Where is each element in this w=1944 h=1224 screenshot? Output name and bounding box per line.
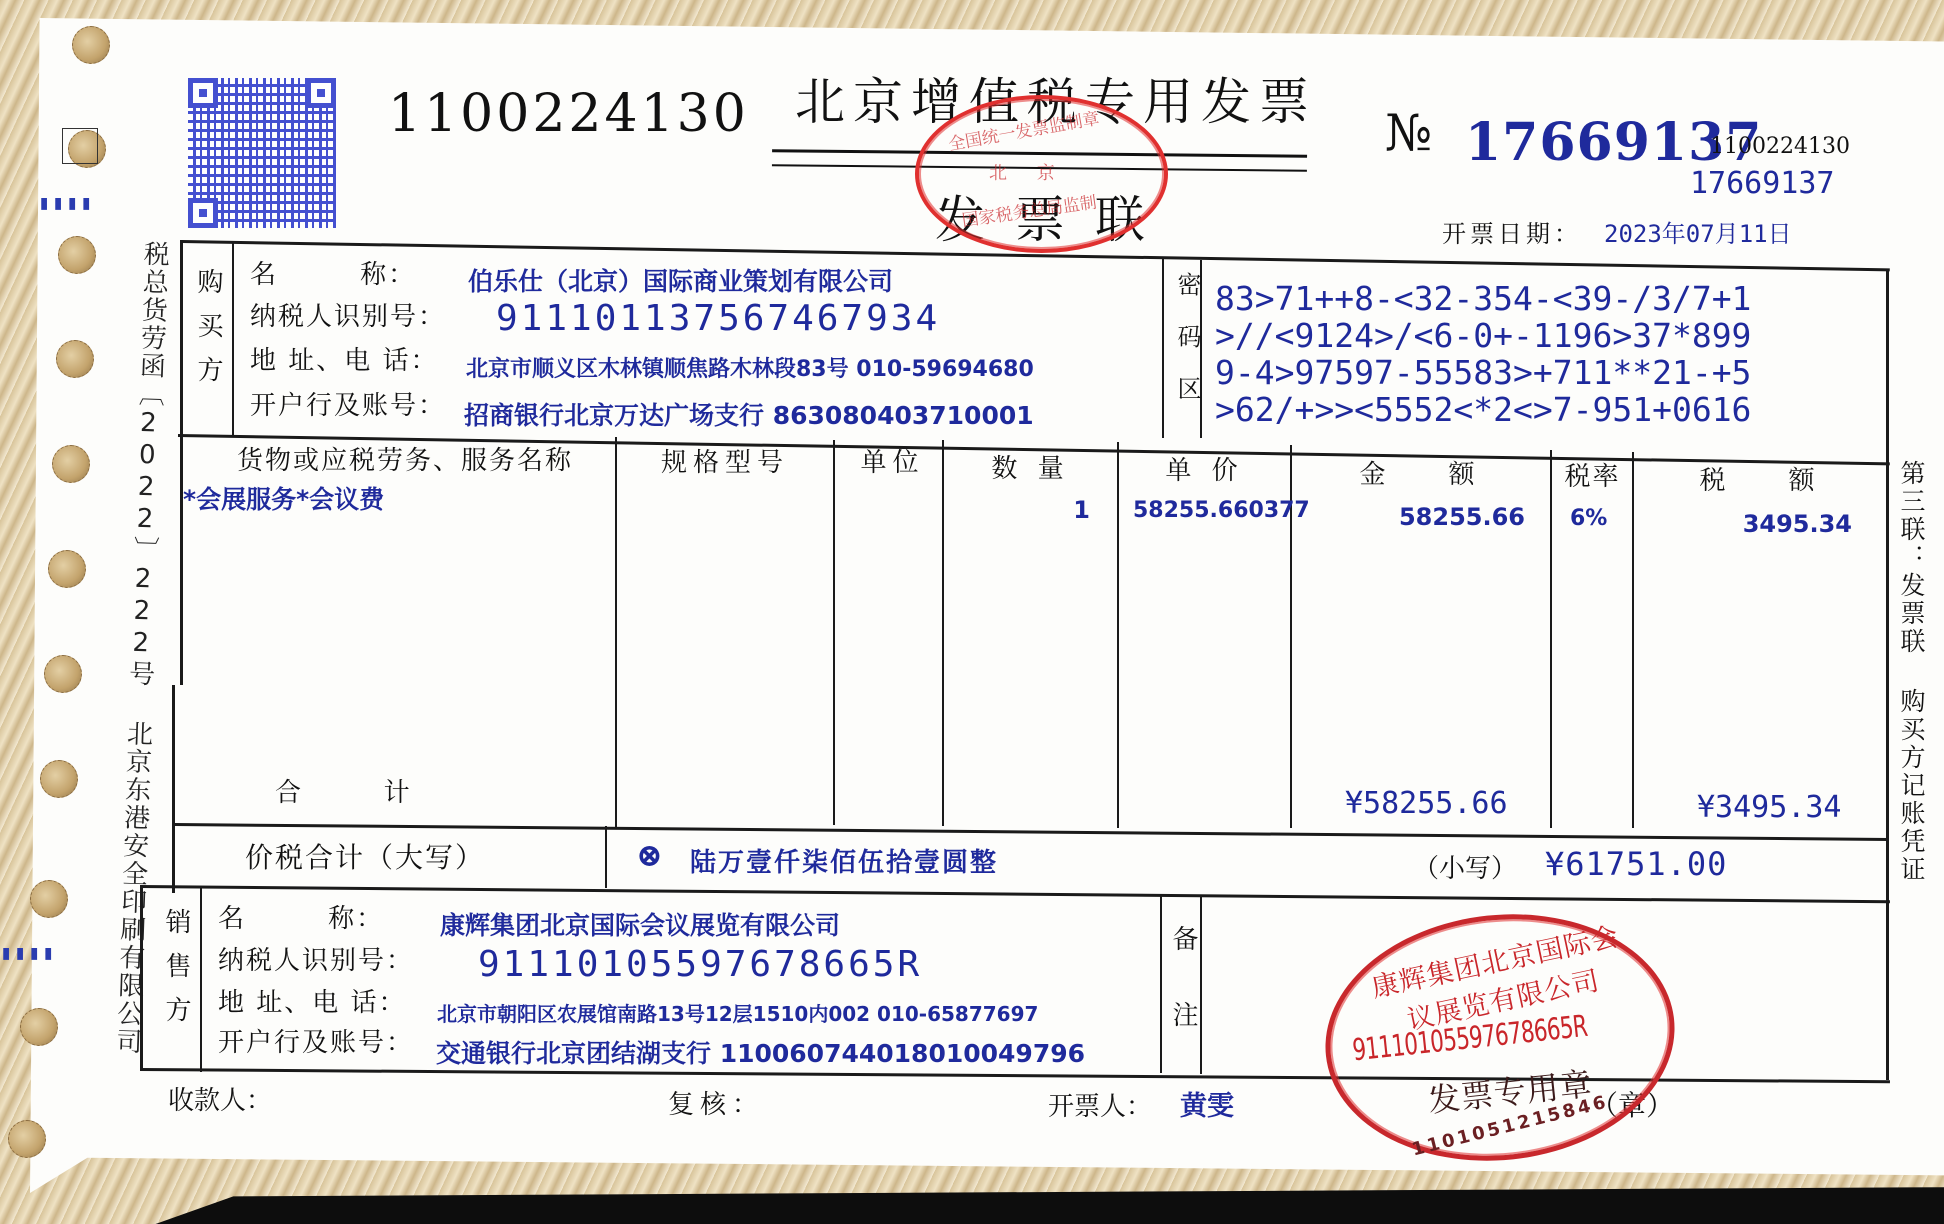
buyer-address-phone: 北京市顺义区木林镇顺焦路木林段83号 010-59694680	[466, 352, 1034, 383]
column-divider	[942, 440, 944, 826]
perforation-hole	[8, 1120, 46, 1158]
buyer-tax-id: 911101137567467934	[496, 298, 940, 339]
buyer-section-label: 购买方	[190, 268, 227, 400]
cipher-line: >//<9124>/<6-0+-1196>37*899	[1215, 317, 1751, 354]
column-divider	[833, 440, 835, 825]
column-divider	[1632, 452, 1634, 828]
column-header-unit-price: 单 价	[1122, 450, 1287, 487]
circled-x-icon: ⊗	[636, 836, 663, 874]
date-label: 开票日期：	[1442, 214, 1582, 249]
item-tax-rate: 6%	[1570, 506, 1607, 531]
item-quantity: 1	[1060, 496, 1090, 524]
issuer-label: 开票人：	[1048, 1086, 1152, 1123]
buyer-name-label: 名 称：	[250, 254, 416, 291]
margin-print-mark: ▮▮▮▮	[38, 190, 94, 214]
table-border-left	[180, 240, 183, 685]
column-divider	[1550, 450, 1552, 828]
remarks-label: 备注	[1165, 925, 1202, 1077]
table-surface-shadow	[0, 1178, 1944, 1224]
buyer-tax-id-label: 纳税人识别号：	[250, 296, 446, 333]
item-tax: 3495.34	[1740, 510, 1852, 538]
date-value: 2023年07月11日	[1604, 214, 1792, 249]
perforation-hole	[56, 340, 94, 378]
seller-name: 康辉集团北京国际会议展览有限公司	[440, 906, 840, 942]
margin-print-mark: ▮▮▮▮	[0, 940, 56, 964]
cipher-line: >62/+>><5552<*2<>7-951+0616	[1215, 391, 1751, 428]
table-border-left	[172, 685, 175, 893]
cipher-line: 83>71++8-<32-354-<39-/3/7+1	[1215, 280, 1751, 317]
total-tax: ¥3495.34	[1697, 790, 1842, 825]
perforation-hole	[30, 880, 68, 918]
seller-address-phone: 北京市朝阳区农展馆南路13号12层1510内002 010-65877697	[437, 998, 1038, 1027]
seller-address-label: 地 址、电 话：	[218, 982, 407, 1019]
perforation-hole	[40, 760, 78, 798]
column-header-tax: 税 额	[1640, 460, 1880, 497]
total-label: 合 计	[275, 772, 410, 809]
column-header-quantity: 数 量	[948, 448, 1113, 485]
seller-section-label: 销售方	[158, 908, 195, 1040]
table-border-right	[1886, 270, 1889, 1080]
table-border-left	[140, 885, 143, 1070]
item-name: *会展服务*会议费	[183, 480, 384, 516]
reviewer-label: 复核：	[668, 1084, 764, 1121]
cipher-label: 密码区	[1170, 272, 1205, 428]
seller-bank-label: 开户行及账号：	[218, 1022, 414, 1059]
grand-total-lowercase-label: （小写）	[1413, 848, 1517, 885]
column-divider	[615, 437, 617, 827]
column-header-unit: 单位	[845, 442, 940, 479]
seller-tax-id-label: 纳税人识别号：	[218, 940, 414, 977]
small-invoice-code: 1100224130	[1710, 134, 1850, 159]
column-header-amount: 金 额	[1295, 454, 1545, 491]
seller-tax-id: 91110105597678665R	[478, 944, 922, 985]
buyer-address-label: 地 址、电 话：	[250, 340, 439, 377]
invoice-code: 1100224130	[388, 84, 749, 144]
cipher-block: 83>71++8-<32-354-<39-/3/7+1 >//<9124>/<6…	[1215, 280, 1751, 428]
qr-code	[188, 78, 336, 228]
remarks-divider	[1160, 895, 1162, 1073]
copy-purpose-text: 第三联：发票联 购买方记账凭证	[1893, 460, 1929, 900]
column-divider	[1117, 442, 1119, 828]
cipher-divider	[1162, 258, 1164, 438]
item-unit-price: 58255.660377	[1133, 498, 1310, 523]
item-amount: 58255.66	[1395, 503, 1525, 531]
buyer-bank-label: 开户行及账号：	[250, 385, 446, 422]
perforation-hole	[52, 445, 90, 483]
payee-label: 收款人：	[168, 1080, 272, 1117]
number-symbol: №	[1385, 104, 1432, 162]
buyer-label-divider	[232, 242, 234, 437]
buyer-name: 伯乐仕（北京）国际商业策划有限公司	[468, 262, 893, 298]
seller-bank-account: 交通银行北京团结湖支行 110060744018010049796	[436, 1034, 1085, 1070]
perforation-hole	[48, 550, 86, 588]
seller-label-divider	[200, 888, 202, 1072]
grand-total-lowercase: ¥61751.00	[1545, 845, 1727, 883]
perforation-hole	[20, 1008, 58, 1046]
total-amount: ¥58255.66	[1345, 786, 1508, 821]
grand-total-label: 价税合计（大写）	[245, 836, 485, 876]
seller-name-label: 名 称：	[218, 898, 384, 935]
grand-total-divider	[605, 826, 607, 888]
grand-total-uppercase: 陆万壹仟柒佰伍拾壹圆整	[690, 842, 998, 879]
perforation-hole	[72, 26, 110, 64]
small-invoice-number: 17669137	[1690, 166, 1835, 201]
perforation-hole	[58, 236, 96, 274]
column-header-item-name: 货物或应税劳务、服务名称	[205, 440, 605, 477]
column-header-tax-rate: 税率	[1555, 456, 1630, 493]
issuer-name: 黄雯	[1180, 1084, 1234, 1123]
perforation-box	[62, 128, 98, 164]
column-header-spec: 规格型号	[620, 442, 830, 479]
buyer-bank-account: 招商银行北京万达广场支行 863080403710001	[464, 396, 1034, 432]
perforation-hole	[44, 655, 82, 693]
cipher-line: 9-4>97597-55583>+711**21-+5	[1215, 354, 1751, 391]
tax-supervision-seal: 全国统一发票监制章 北 京 国家税务总局监制	[915, 95, 1168, 253]
